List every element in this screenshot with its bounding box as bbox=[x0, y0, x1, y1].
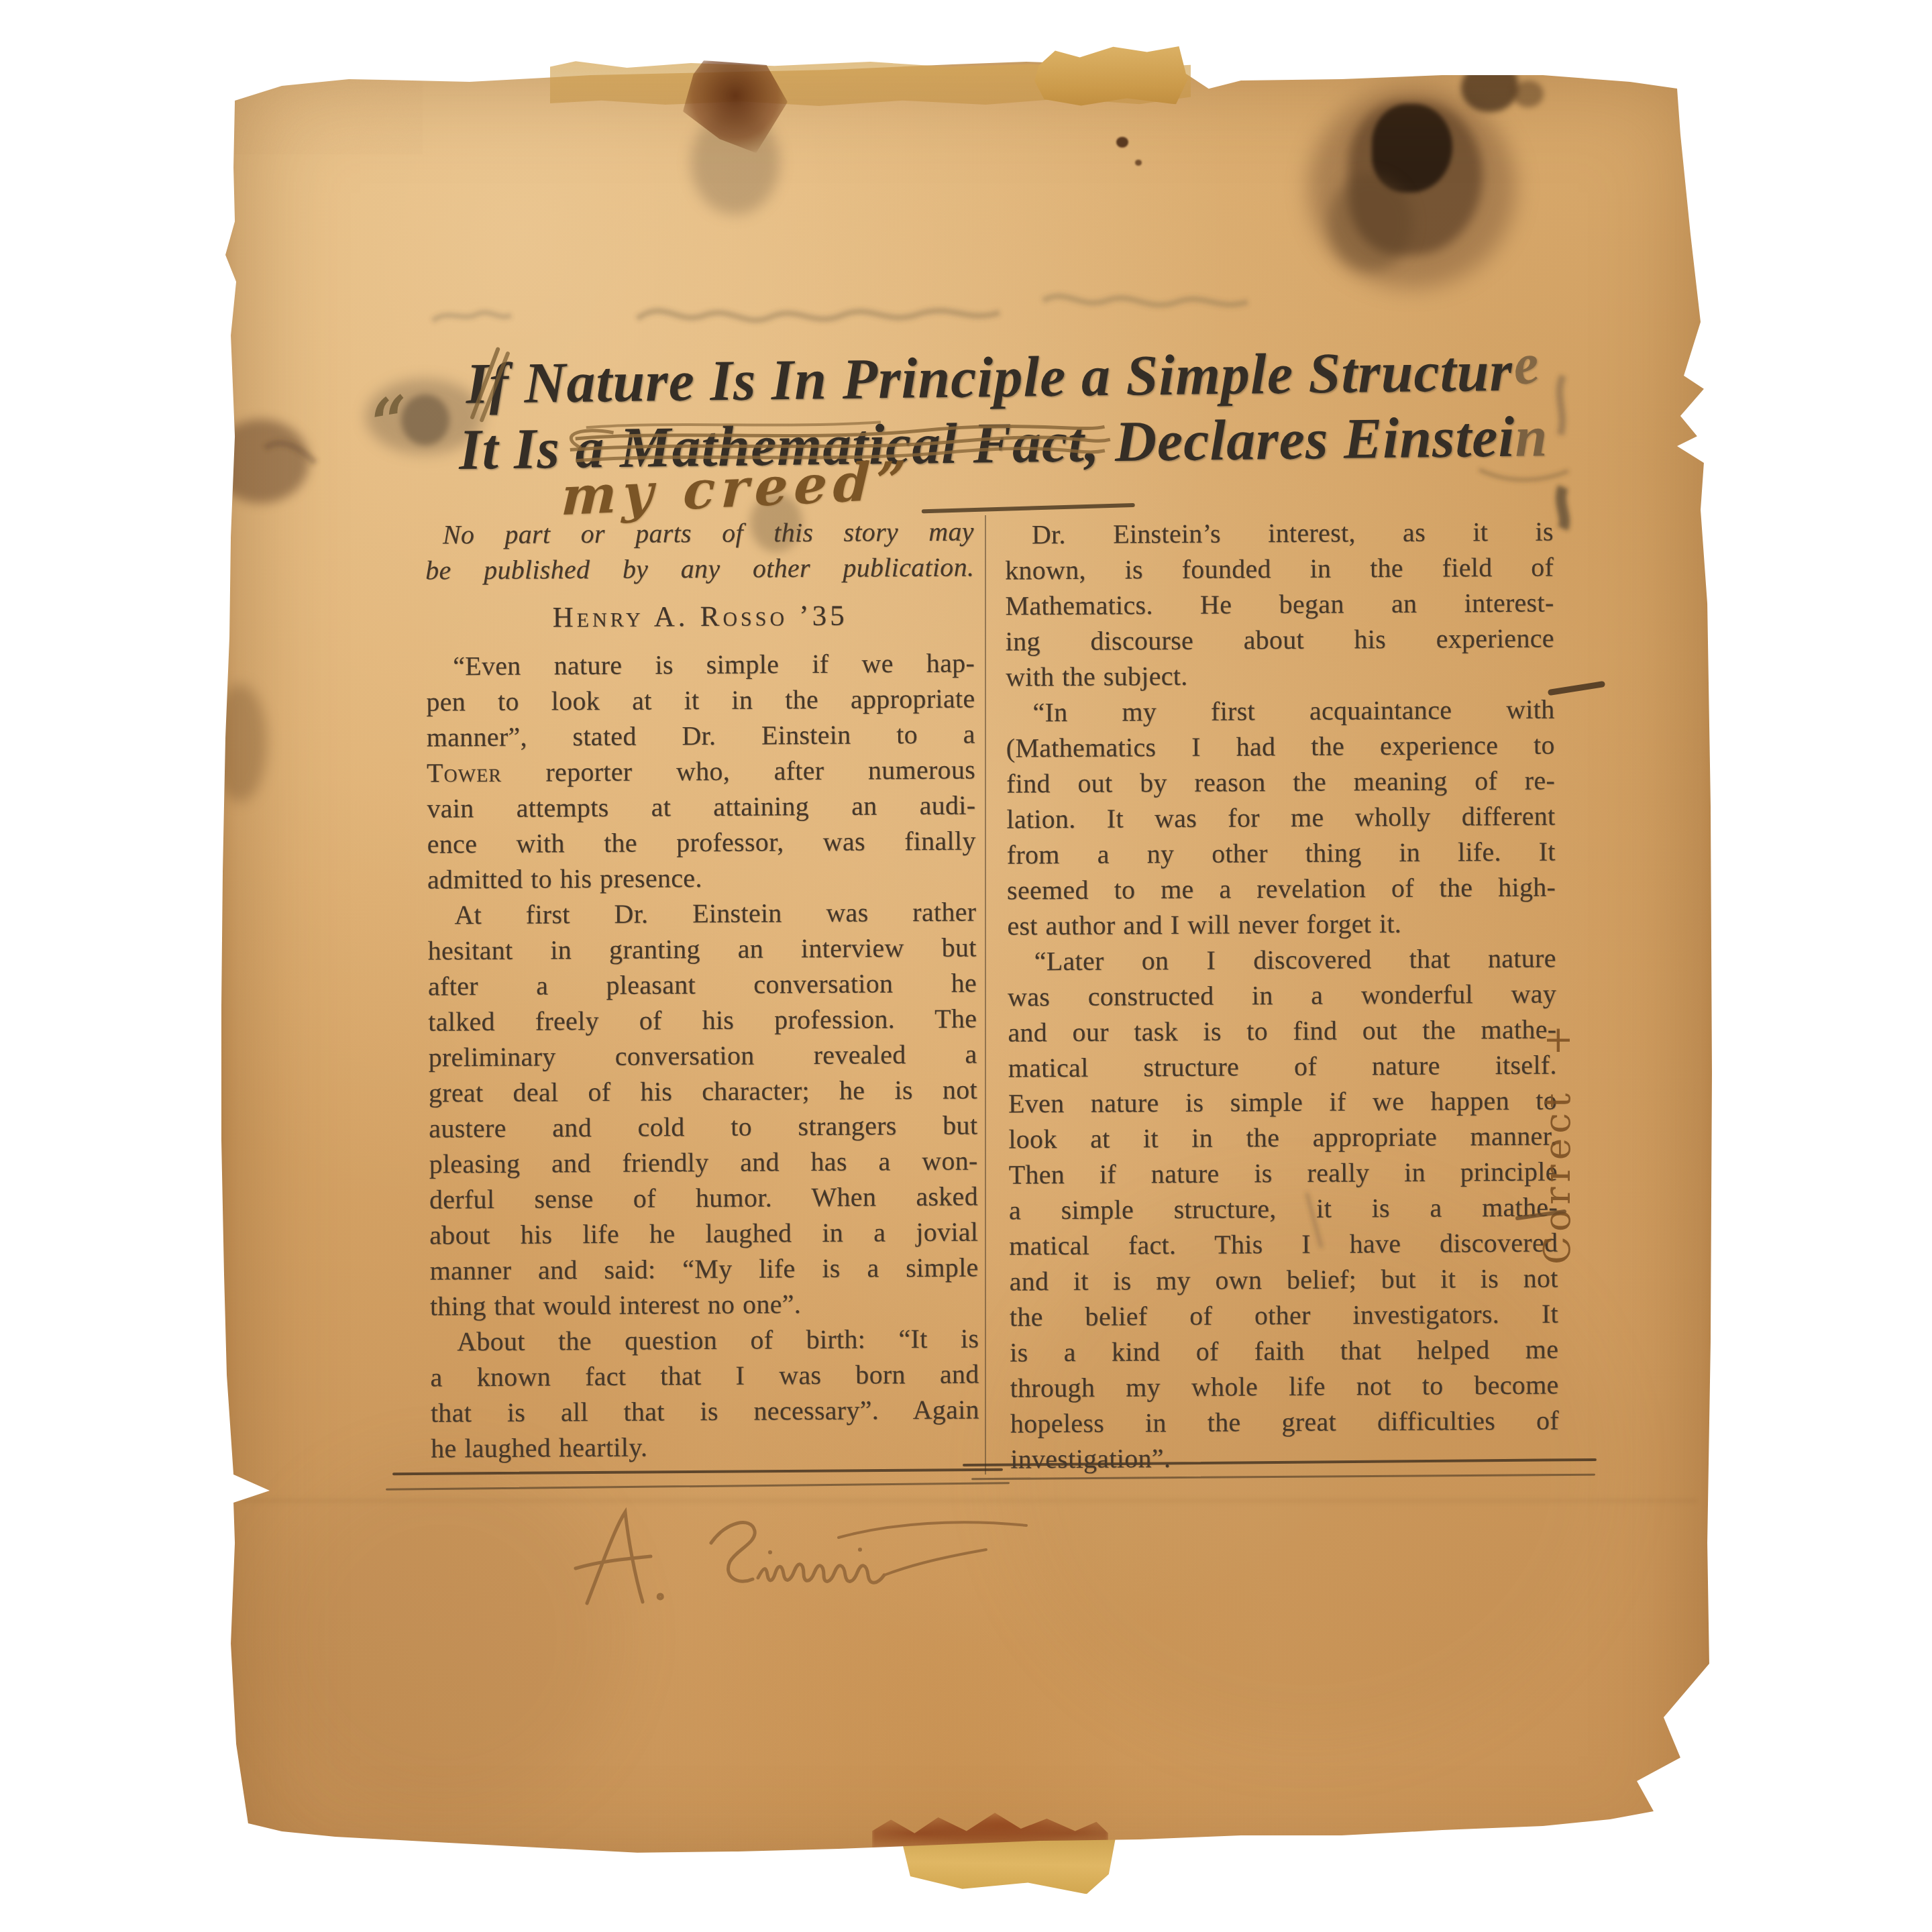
text-line: look at it in the appropriate manner. bbox=[1008, 1118, 1557, 1157]
para-block: “Even nature is simple if we hap-pen to … bbox=[426, 645, 976, 898]
text-line: matical structure of nature itself. bbox=[1008, 1047, 1556, 1086]
text-line: the belief of other investigators. It bbox=[1010, 1295, 1558, 1334]
text-line: ing discourse about his experience bbox=[1006, 621, 1554, 659]
text-line: Then if nature is really in principle bbox=[1008, 1153, 1557, 1192]
bottom-rule-left bbox=[386, 1482, 1010, 1491]
text-line: manner and said: “My life is a simple bbox=[429, 1249, 978, 1288]
text-line: vain attempts at attaining an audi- bbox=[427, 788, 975, 826]
text-line: Even nature is simple if we happen to bbox=[1008, 1082, 1557, 1121]
text-line: he laughed heartily. bbox=[431, 1427, 979, 1466]
para-block: At first Dr. Einstein was ratherhesitant… bbox=[427, 894, 979, 1324]
column-left: No part or parts of this story maybe pub… bbox=[425, 514, 980, 1466]
bottom-rule-left bbox=[392, 1468, 1003, 1475]
text-line: and it is my own belief; but it is not bbox=[1009, 1260, 1558, 1299]
text-line: with the subject. bbox=[1006, 656, 1554, 695]
photo-canvas: { "document_type": "aged newspaper clipp… bbox=[0, 0, 1932, 1932]
text-line: hopeless in the great difficulties of bbox=[1010, 1402, 1559, 1441]
text-line: find out by reason the meaning of re- bbox=[1006, 763, 1555, 802]
burn-stain-core bbox=[1372, 104, 1452, 193]
burn-stain-tail bbox=[1328, 174, 1412, 272]
para-block: Dr. Einstein’s interest, as it isknown, … bbox=[1005, 514, 1555, 695]
text-line: talked freely of his profession. The bbox=[428, 1001, 977, 1040]
text-line: “In my first acquaintance with bbox=[1006, 692, 1554, 731]
headline-line2-last-letter: n bbox=[1515, 404, 1548, 469]
notice-block: No part or parts of this story maybe pub… bbox=[425, 514, 975, 588]
text-line: pen to look at it in the appropriate bbox=[426, 681, 975, 720]
headline-line2-text: Declares Einstei bbox=[1099, 405, 1515, 474]
text-line: pleasing and friendly and has a won- bbox=[429, 1142, 977, 1181]
text-line: derful sense of humor. When asked bbox=[429, 1178, 978, 1217]
text-line: great deal of his character; he is not bbox=[429, 1071, 977, 1110]
text-line: Tower reporter who, after numerous bbox=[427, 752, 975, 791]
text-line: through my whole life not to become bbox=[1010, 1366, 1558, 1405]
text-line: Mathematics. He began an interest- bbox=[1005, 585, 1554, 624]
text-line: lation. It was for me wholly different bbox=[1006, 798, 1555, 837]
photograph-scene: If Nature Is In Principle a Simple Struc… bbox=[0, 0, 1932, 1932]
column-divider-rule bbox=[985, 515, 986, 1474]
text-line: was constructed in a wonderful way bbox=[1008, 976, 1556, 1015]
text-line: investigation”. bbox=[1010, 1438, 1559, 1477]
text-line: Henry A. Rosso ’35 bbox=[425, 594, 974, 641]
stain-spot bbox=[1513, 80, 1544, 107]
para-block: “Later on I discovered that naturewas co… bbox=[1008, 941, 1560, 1477]
signature-einstein: A. Einstein bbox=[576, 1512, 1026, 1603]
text-line: thing that would interest no one”. bbox=[430, 1285, 979, 1324]
headline-line2-text: It Is bbox=[458, 416, 575, 482]
text-line: “Later on I discovered that nature bbox=[1008, 941, 1556, 979]
text-line: Dr. Einstein’s interest, as it is bbox=[1005, 514, 1554, 553]
edge-stain bbox=[212, 684, 267, 802]
text-line: after a pleasant conversation he bbox=[428, 965, 977, 1004]
text-line: preliminary conversation revealed a bbox=[428, 1036, 977, 1075]
stain-spot bbox=[1461, 62, 1518, 112]
text-line: est author and I will never forget it. bbox=[1007, 905, 1556, 944]
text-line: (Mathematics I had the experience to bbox=[1006, 727, 1555, 766]
handwritten-underline-dash bbox=[922, 503, 1135, 513]
text-line: and our task is to find out the mathe- bbox=[1008, 1012, 1556, 1051]
margin-note-correct: Correct + bbox=[1536, 1033, 1578, 1265]
text-line: a known fact that I was born and bbox=[430, 1356, 979, 1395]
text-line: No part or parts of this story may bbox=[425, 514, 974, 553]
headline-line1-text: Nature Is In Principle a Simple Structur bbox=[508, 339, 1513, 415]
tower-smallcaps: Tower bbox=[427, 757, 502, 788]
text-line: that is all that is necessary”. Again bbox=[431, 1391, 979, 1430]
text-line: austere and cold to strangers but bbox=[429, 1107, 977, 1146]
column-right: Dr. Einstein’s interest, as it isknown, … bbox=[1005, 514, 1560, 1477]
text-line: “Even nature is simple if we hap- bbox=[426, 645, 975, 684]
text-line: seemed to me a revelation of the high- bbox=[1007, 869, 1556, 908]
text-line: admitted to his presence. bbox=[427, 859, 976, 898]
burn-stain-halo bbox=[1308, 87, 1516, 288]
text-line: matical fact. This I have discovered bbox=[1009, 1224, 1558, 1263]
handwritten-my-creed: my creed” bbox=[560, 454, 913, 523]
text-line: a simple structure, it is a mathe- bbox=[1009, 1189, 1558, 1228]
text-line: be published by any other publication. bbox=[425, 549, 974, 588]
text-line: About the question of birth: “It is bbox=[430, 1320, 979, 1359]
crease-line bbox=[241, 1499, 1697, 1502]
text-line: is a kind of faith that helped me bbox=[1010, 1331, 1558, 1370]
text-line: At first Dr. Einstein was rather bbox=[427, 894, 976, 933]
paper-grain-texture bbox=[221, 54, 423, 154]
newspaper-clipping: If Nature Is In Principle a Simple Struc… bbox=[221, 54, 1717, 1895]
struck-word-if: If bbox=[466, 350, 509, 417]
stain-speck bbox=[1135, 160, 1142, 166]
para-block: “In my first acquaintance with(Mathemati… bbox=[1006, 692, 1556, 944]
text-line: ence with the professor, was finally bbox=[427, 823, 976, 862]
edge-stain bbox=[212, 419, 309, 503]
burn-stain bbox=[1348, 101, 1483, 255]
text-line: known, is founded in the field of bbox=[1005, 549, 1554, 588]
headline: If Nature Is In Principle a Simple Struc… bbox=[402, 337, 1604, 483]
text-line: hesitant in granting an interview but bbox=[427, 930, 976, 969]
headline-line1-last-letter: e bbox=[1508, 329, 1543, 398]
text-line: from a ny other thing in life. It bbox=[1007, 834, 1556, 873]
tape-fold bbox=[1034, 44, 1188, 108]
para-block: About the question of birth: “It isa kno… bbox=[430, 1320, 979, 1466]
mottling bbox=[268, 1462, 617, 1811]
text-line: about his life he laughed in a jovial bbox=[429, 1214, 978, 1252]
byline-block: Henry A. Rosso ’35 bbox=[425, 594, 974, 641]
stain-speck bbox=[1116, 137, 1128, 148]
text-line: manner”, stated Dr. Einstein to a bbox=[427, 716, 975, 755]
